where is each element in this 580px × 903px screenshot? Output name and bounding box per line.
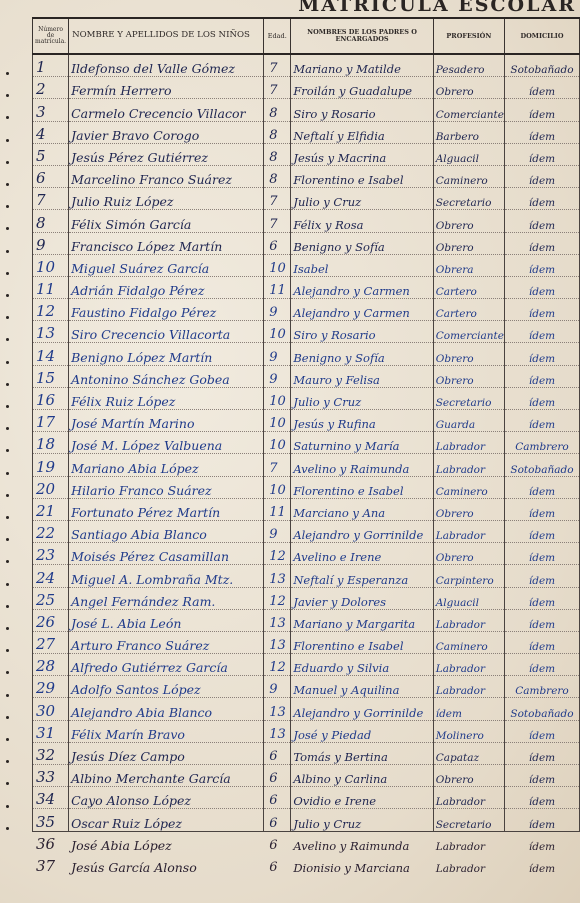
- student-name: Félix Marín Bravo: [69, 720, 264, 742]
- row-number: 17: [33, 410, 69, 432]
- parents-names: Mariano y Margarita: [291, 609, 433, 631]
- table-row: 14Benigno López Martín9Benigno y SofíaOb…: [33, 343, 580, 365]
- row-number: 27: [33, 631, 69, 653]
- row-number: 31: [33, 720, 69, 742]
- table-row: 12Faustino Fidalgo Pérez9Alejandro y Car…: [33, 299, 580, 321]
- table-row: 4Javier Bravo Corogo8Neftalí y ElfidiaBa…: [33, 121, 580, 143]
- margin-dot: [6, 472, 9, 475]
- student-age: 6: [264, 787, 291, 809]
- row-number: 30: [33, 698, 69, 720]
- row-number: 13: [33, 321, 69, 343]
- student-name: Jesús García Alonso: [69, 853, 264, 875]
- parents-names: Avelino y Raimunda: [291, 454, 433, 476]
- parents-names: Alejandro y Carmen: [291, 299, 433, 321]
- student-age: 10: [264, 254, 291, 276]
- margin-dot: [6, 649, 9, 652]
- student-age: 7: [264, 188, 291, 210]
- student-age: 9: [264, 676, 291, 698]
- table-row: 22Santiago Abia Blanco9Alejandro y Gorri…: [33, 520, 580, 542]
- parents-names: Isabel: [291, 254, 433, 276]
- profession: Carpintero: [433, 565, 504, 587]
- margin-dot: [6, 72, 9, 75]
- profession: Obrero: [433, 765, 504, 787]
- profession: Caminero: [433, 631, 504, 653]
- profession: Obrero: [433, 232, 504, 254]
- row-number: 15: [33, 365, 69, 387]
- margin-dot: [6, 782, 9, 785]
- parents-names: Alejandro y Gorrinilde: [291, 520, 433, 542]
- student-age: 6: [264, 742, 291, 764]
- student-name: Mariano Abia López: [69, 454, 264, 476]
- margin-dot: [6, 316, 9, 319]
- table-row: 35Oscar Ruiz López6Julio y CruzSecretari…: [33, 809, 580, 831]
- profession: Caminero: [433, 476, 504, 498]
- domicile: ídem: [504, 831, 579, 853]
- header-profession: PROFESIÓN: [433, 18, 504, 54]
- row-number: 18: [33, 432, 69, 454]
- profession: Obrera: [433, 254, 504, 276]
- student-age: 9: [264, 365, 291, 387]
- student-age: 12: [264, 543, 291, 565]
- profession: Obrero: [433, 365, 504, 387]
- header-parents: NOMBRES DE LOS PADRES O ENCARGADOS: [291, 18, 433, 54]
- profession: Labrador: [433, 676, 504, 698]
- student-age: 13: [264, 720, 291, 742]
- row-number: 19: [33, 454, 69, 476]
- student-age: 7: [264, 77, 291, 99]
- table-row: 13Siro Crecencio Villacorta10Siro y Rosa…: [33, 321, 580, 343]
- domicile: ídem: [504, 165, 579, 187]
- row-number: 6: [33, 165, 69, 187]
- student-name: Adrián Fidalgo Pérez: [69, 276, 264, 298]
- row-number: 25: [33, 587, 69, 609]
- profession: Secretario: [433, 387, 504, 409]
- student-name: Miguel A. Lombraña Mtz.: [69, 565, 264, 587]
- domicile: ídem: [504, 143, 579, 165]
- row-number: 12: [33, 299, 69, 321]
- domicile: ídem: [504, 520, 579, 542]
- student-name: Félix Simón García: [69, 210, 264, 232]
- margin-dot: [6, 250, 9, 253]
- margin-dot: [6, 205, 9, 208]
- row-number: 28: [33, 654, 69, 676]
- parents-names: Julio y Cruz: [291, 387, 433, 409]
- parents-names: Julio y Cruz: [291, 809, 433, 831]
- student-name: Albino Merchante García: [69, 765, 264, 787]
- margin-dot: [6, 405, 9, 408]
- profession: Pesadero: [433, 54, 504, 77]
- margin-dot: [6, 538, 9, 541]
- student-age: 13: [264, 565, 291, 587]
- domicile: ídem: [504, 232, 579, 254]
- domicile: ídem: [504, 742, 579, 764]
- document-title: MATRICULA ESCOLAR: [298, 0, 576, 16]
- domicile: ídem: [504, 765, 579, 787]
- parents-names: Tomás y Bertina: [291, 742, 433, 764]
- parents-names: Benigno y Sofía: [291, 343, 433, 365]
- domicile: Sotobañado: [504, 454, 579, 476]
- student-name: Adolfo Santos López: [69, 676, 264, 698]
- student-name: Jesús Díez Campo: [69, 742, 264, 764]
- domicile: ídem: [504, 343, 579, 365]
- row-number: 1: [33, 54, 69, 77]
- row-number: 26: [33, 609, 69, 631]
- profession: Obrero: [433, 543, 504, 565]
- domicile: ídem: [504, 365, 579, 387]
- parents-names: Julio y Cruz: [291, 188, 433, 210]
- margin-dot: [6, 516, 9, 519]
- margin-dot: [6, 694, 9, 697]
- student-age: 6: [264, 831, 291, 853]
- domicile: ídem: [504, 299, 579, 321]
- margin-dot: [6, 760, 9, 763]
- margin-dot: [6, 139, 9, 142]
- margin-dot: [6, 560, 9, 563]
- student-name: Arturo Franco Suárez: [69, 631, 264, 653]
- row-number: 23: [33, 543, 69, 565]
- row-number: 36: [33, 831, 69, 853]
- row-number: 21: [33, 498, 69, 520]
- row-number: 22: [33, 520, 69, 542]
- domicile: ídem: [504, 276, 579, 298]
- table-row: 31Félix Marín Bravo13José y PiedadMoline…: [33, 720, 580, 742]
- profession: Obrero: [433, 210, 504, 232]
- domicile: ídem: [504, 565, 579, 587]
- domicile: ídem: [504, 77, 579, 99]
- profession: Comerciante: [433, 99, 504, 121]
- student-age: 8: [264, 165, 291, 187]
- margin-dot: [6, 338, 9, 341]
- row-number: 7: [33, 188, 69, 210]
- row-number: 10: [33, 254, 69, 276]
- parents-names: Neftalí y Esperanza: [291, 565, 433, 587]
- student-name: Siro Crecencio Villacorta: [69, 321, 264, 343]
- student-age: 6: [264, 232, 291, 254]
- margin-dot: [6, 272, 9, 275]
- margin-dot: [6, 716, 9, 719]
- student-age: 11: [264, 276, 291, 298]
- profession: Comerciante: [433, 321, 504, 343]
- domicile: ídem: [504, 188, 579, 210]
- student-age: 9: [264, 299, 291, 321]
- parents-names: Siro y Rosario: [291, 321, 433, 343]
- profession: Alguacil: [433, 143, 504, 165]
- domicile: ídem: [504, 787, 579, 809]
- profession: Labrador: [433, 520, 504, 542]
- header-number: Número de matrícula.: [33, 18, 69, 54]
- margin-dot: [6, 383, 9, 386]
- student-name: Faustino Fidalgo Pérez: [69, 299, 264, 321]
- student-name: Julio Ruiz López: [69, 188, 264, 210]
- profession: Guarda: [433, 410, 504, 432]
- table-row: 28Alfredo Gutiérrez García12Eduardo y Si…: [33, 654, 580, 676]
- table-row: 37Jesús García Alonso6Dionisio y Marcian…: [33, 853, 580, 875]
- student-age: 7: [264, 210, 291, 232]
- table-row: 33Albino Merchante García6Albino y Carli…: [33, 765, 580, 787]
- student-name: Cayo Alonso López: [69, 787, 264, 809]
- row-number: 4: [33, 121, 69, 143]
- parents-names: Manuel y Aquilina: [291, 676, 433, 698]
- profession: Labrador: [433, 654, 504, 676]
- student-age: 8: [264, 99, 291, 121]
- student-name: José Abia López: [69, 831, 264, 853]
- margin-dot: [6, 361, 9, 364]
- table-row: 21Fortunato Pérez Martín11Marciano y Ana…: [33, 498, 580, 520]
- parents-names: Marciano y Ana: [291, 498, 433, 520]
- student-age: 10: [264, 321, 291, 343]
- table-row: 26José L. Abia León13Mariano y Margarita…: [33, 609, 580, 631]
- parents-names: Eduardo y Silvia: [291, 654, 433, 676]
- parents-names: Florentino e Isabel: [291, 631, 433, 653]
- table-row: 30Alejandro Abia Blanco13Alejandro y Gor…: [33, 698, 580, 720]
- parents-names: Albino y Carlina: [291, 765, 433, 787]
- table-row: 23Moisés Pérez Casamillan12Avelino e Ire…: [33, 543, 580, 565]
- table-row: 25Angel Fernández Ram.12Javier y Dolores…: [33, 587, 580, 609]
- margin-dot: [6, 671, 9, 674]
- student-name: Benigno López Martín: [69, 343, 264, 365]
- student-name: Fermín Herrero: [69, 77, 264, 99]
- parents-names: Froilán y Guadalupe: [291, 77, 433, 99]
- parents-names: Florentino e Isabel: [291, 476, 433, 498]
- student-name: Javier Bravo Corogo: [69, 121, 264, 143]
- domicile: ídem: [504, 410, 579, 432]
- parents-names: Benigno y Sofía: [291, 232, 433, 254]
- table-row: 15Antonino Sánchez Gobea9Mauro y FelisaO…: [33, 365, 580, 387]
- table-row: 3Carmelo Crecencio Villacor8Siro y Rosar…: [33, 99, 580, 121]
- row-number: 14: [33, 343, 69, 365]
- student-name: Santiago Abia Blanco: [69, 520, 264, 542]
- table-row: 1Ildefonso del Valle Gómez7Mariano y Mat…: [33, 54, 580, 77]
- parents-names: Javier y Dolores: [291, 587, 433, 609]
- domicile: ídem: [504, 254, 579, 276]
- domicile: ídem: [504, 853, 579, 875]
- student-age: 6: [264, 853, 291, 875]
- domicile: ídem: [504, 631, 579, 653]
- student-age: 12: [264, 587, 291, 609]
- student-age: 13: [264, 631, 291, 653]
- parents-names: Dionisio y Marciana: [291, 853, 433, 875]
- student-name: Oscar Ruiz López: [69, 809, 264, 831]
- margin-dot: [6, 94, 9, 97]
- table-row: 2Fermín Herrero7Froilán y GuadalupeObrer…: [33, 77, 580, 99]
- parents-names: Ovidio e Irene: [291, 787, 433, 809]
- student-name: Ildefonso del Valle Gómez: [69, 54, 264, 77]
- profession: Cartero: [433, 299, 504, 321]
- table-row: 8Félix Simón García7Félix y RosaObreroíd…: [33, 210, 580, 232]
- row-number: 9: [33, 232, 69, 254]
- student-age: 10: [264, 432, 291, 454]
- profession: Obrero: [433, 343, 504, 365]
- student-name: Marcelino Franco Suárez: [69, 165, 264, 187]
- table-row: 6Marcelino Franco Suárez8Florentino e Is…: [33, 165, 580, 187]
- margin-dot: [6, 805, 9, 808]
- profession: Alguacil: [433, 587, 504, 609]
- student-name: Miguel Suárez García: [69, 254, 264, 276]
- student-name: Carmelo Crecencio Villacor: [69, 99, 264, 121]
- table-row: 17José Martín Marino10Jesús y RufinaGuar…: [33, 410, 580, 432]
- domicile: ídem: [504, 387, 579, 409]
- student-age: 6: [264, 809, 291, 831]
- student-name: Antonino Sánchez Gobea: [69, 365, 264, 387]
- domicile: ídem: [504, 476, 579, 498]
- row-number: 11: [33, 276, 69, 298]
- margin-dot: [6, 449, 9, 452]
- student-name: Alfredo Gutiérrez García: [69, 654, 264, 676]
- parents-names: Neftalí y Elfidia: [291, 121, 433, 143]
- domicile: ídem: [504, 609, 579, 631]
- student-age: 9: [264, 343, 291, 365]
- domicile: ídem: [504, 720, 579, 742]
- table-row: 29Adolfo Santos López9Manuel y AquilinaL…: [33, 676, 580, 698]
- profession: Cartero: [433, 276, 504, 298]
- profession: Barbero: [433, 121, 504, 143]
- row-number: 34: [33, 787, 69, 809]
- row-number: 37: [33, 853, 69, 875]
- header-row: Número de matrícula. NOMBRE Y APELLIDOS …: [33, 18, 580, 54]
- profession: Labrador: [433, 454, 504, 476]
- margin-dot: [6, 827, 9, 830]
- table-row: 36José Abia López6Avelino y RaimundaLabr…: [33, 831, 580, 853]
- table-row: 9Francisco López Martín6Benigno y SofíaO…: [33, 232, 580, 254]
- student-age: 12: [264, 654, 291, 676]
- parents-names: Avelino y Raimunda: [291, 831, 433, 853]
- profession: Secretario: [433, 809, 504, 831]
- profession: Molinero: [433, 720, 504, 742]
- table-row: 5Jesús Pérez Gutiérrez8Jesús y MacrinaAl…: [33, 143, 580, 165]
- domicile: Sotobañado: [504, 54, 579, 77]
- student-age: 13: [264, 609, 291, 631]
- student-name: José L. Abia León: [69, 609, 264, 631]
- table-row: 20Hilario Franco Suárez10Florentino e Is…: [33, 476, 580, 498]
- margin-dot: [6, 183, 9, 186]
- profession: Labrador: [433, 831, 504, 853]
- student-age: 6: [264, 765, 291, 787]
- margin-dot: [6, 161, 9, 164]
- parents-names: José y Piedad: [291, 720, 433, 742]
- domicile: ídem: [504, 809, 579, 831]
- table-row: 18José M. López Valbuena10Saturnino y Ma…: [33, 432, 580, 454]
- domicile: Sotobañado: [504, 698, 579, 720]
- row-number: 33: [33, 765, 69, 787]
- student-name: Hilario Franco Suárez: [69, 476, 264, 498]
- profession: Obrero: [433, 77, 504, 99]
- parents-names: Jesús y Macrina: [291, 143, 433, 165]
- row-number: 20: [33, 476, 69, 498]
- table-row: 34Cayo Alonso López6Ovidio e IreneLabrad…: [33, 787, 580, 809]
- student-name: Félix Ruiz López: [69, 387, 264, 409]
- margin-dot: [6, 294, 9, 297]
- table-row: 16Félix Ruiz López10Julio y CruzSecretar…: [33, 387, 580, 409]
- table-row: 24Miguel A. Lombraña Mtz.13Neftalí y Esp…: [33, 565, 580, 587]
- profession: Labrador: [433, 432, 504, 454]
- parents-names: Jesús y Rufina: [291, 410, 433, 432]
- profession: Labrador: [433, 787, 504, 809]
- table-row: 19Mariano Abia López7Avelino y RaimundaL…: [33, 454, 580, 476]
- row-number: 16: [33, 387, 69, 409]
- profession: Obrero: [433, 498, 504, 520]
- margin-dot: [6, 116, 9, 119]
- header-domicile: DOMICILIO: [504, 18, 579, 54]
- student-age: 7: [264, 454, 291, 476]
- margin-dot: [6, 583, 9, 586]
- parents-names: Félix y Rosa: [291, 210, 433, 232]
- parents-names: Siro y Rosario: [291, 99, 433, 121]
- margin-dot: [6, 627, 9, 630]
- row-number: 5: [33, 143, 69, 165]
- profession: Capataz: [433, 742, 504, 764]
- student-name: José M. López Valbuena: [69, 432, 264, 454]
- margin-dot: [6, 738, 9, 741]
- profession: ídem: [433, 698, 504, 720]
- row-number: 24: [33, 565, 69, 587]
- margin-dot: [6, 605, 9, 608]
- student-age: 10: [264, 476, 291, 498]
- table-row: 11Adrián Fidalgo Pérez11Alejandro y Carm…: [33, 276, 580, 298]
- row-number: 35: [33, 809, 69, 831]
- student-name: Moisés Pérez Casamillan: [69, 543, 264, 565]
- student-age: 8: [264, 121, 291, 143]
- domicile: ídem: [504, 121, 579, 143]
- student-age: 7: [264, 54, 291, 77]
- student-name: Angel Fernández Ram.: [69, 587, 264, 609]
- parents-names: Florentino e Isabel: [291, 165, 433, 187]
- profession: Labrador: [433, 609, 504, 631]
- domicile: ídem: [504, 587, 579, 609]
- row-number: 29: [33, 676, 69, 698]
- header-age: Edad.: [264, 18, 291, 54]
- student-name: Jesús Pérez Gutiérrez: [69, 143, 264, 165]
- row-number: 2: [33, 77, 69, 99]
- domicile: Cambrero: [504, 676, 579, 698]
- student-name: Fortunato Pérez Martín: [69, 498, 264, 520]
- table-row: 10Miguel Suárez García10IsabelObreraídem: [33, 254, 580, 276]
- table-row: 27Arturo Franco Suárez13Florentino e Isa…: [33, 631, 580, 653]
- parents-names: Alejandro y Gorrinilde: [291, 698, 433, 720]
- domicile: ídem: [504, 321, 579, 343]
- margin-dot: [6, 494, 9, 497]
- header-name: NOMBRE Y APELLIDOS DE LOS NIÑOS: [69, 18, 264, 54]
- row-number: 8: [33, 210, 69, 232]
- row-number: 3: [33, 99, 69, 121]
- student-age: 11: [264, 498, 291, 520]
- row-number: 32: [33, 742, 69, 764]
- margin-dot: [6, 227, 9, 230]
- student-name: José Martín Marino: [69, 410, 264, 432]
- parents-names: Mariano y Matilde: [291, 54, 433, 77]
- parents-names: Avelino e Irene: [291, 543, 433, 565]
- table-row: 7Julio Ruiz López7Julio y CruzSecretario…: [33, 188, 580, 210]
- student-age: 10: [264, 387, 291, 409]
- parents-names: Saturnino y María: [291, 432, 433, 454]
- profession: Secretario: [433, 188, 504, 210]
- profession: Labrador: [433, 853, 504, 875]
- domicile: ídem: [504, 99, 579, 121]
- table-row: 32Jesús Díez Campo6Tomás y BertinaCapata…: [33, 742, 580, 764]
- margin-dot: [6, 427, 9, 430]
- domicile: Cambrero: [504, 432, 579, 454]
- student-age: 9: [264, 520, 291, 542]
- student-name: Francisco López Martín: [69, 232, 264, 254]
- student-age: 10: [264, 410, 291, 432]
- domicile: ídem: [504, 498, 579, 520]
- parents-names: Mauro y Felisa: [291, 365, 433, 387]
- domicile: ídem: [504, 543, 579, 565]
- domicile: ídem: [504, 654, 579, 676]
- student-age: 13: [264, 698, 291, 720]
- student-age: 8: [264, 143, 291, 165]
- enrollment-register-table: Número de matrícula. NOMBRE Y APELLIDOS …: [32, 17, 580, 876]
- student-name: Alejandro Abia Blanco: [69, 698, 264, 720]
